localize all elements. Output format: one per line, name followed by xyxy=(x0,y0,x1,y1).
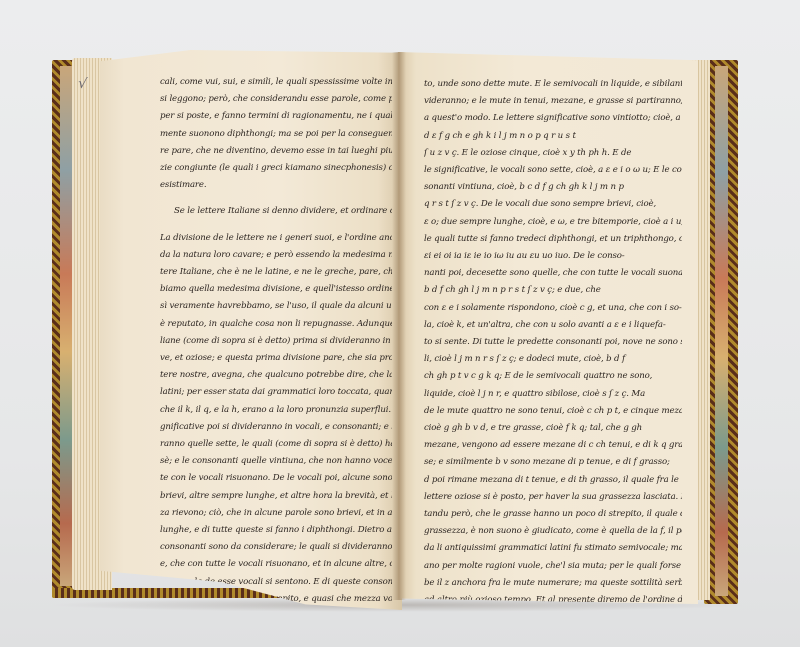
text-line: ſ u z v ç. E le oziose cinque, cioè x y … xyxy=(424,145,682,162)
text-line: gnificative poi si divideranno in vocali… xyxy=(160,419,392,436)
left-page-text: cali, come vui, sui, e simili, le quali … xyxy=(160,74,392,643)
text-line: zie congiunte (le quali i greci kiamano … xyxy=(160,160,392,177)
text-line: se; e similmente b v sono mezane di p te… xyxy=(424,454,682,471)
text-line: tere nostre, avegna, che qualcuno potreb… xyxy=(160,367,392,384)
text-line: sì veramente havrebbamo, se l'uso, il qu… xyxy=(160,298,392,315)
text-line: d poi rimane mezana di t tenue, e di th … xyxy=(424,472,682,489)
text-line: d ɛ f g ch e gh k i l j m n o p q r u s … xyxy=(424,128,682,145)
text-line: consonanti sono da considerare; le quali… xyxy=(160,539,392,556)
text-line: te con le vocali risuonano. De le vocali… xyxy=(160,470,392,487)
text-line: si leggono; però, che considerandu esse … xyxy=(160,91,392,108)
text-line: e, che con tutte le vocali risuonano, et… xyxy=(160,556,392,573)
text-line: sè; e le consonanti quelle vintiuna, che… xyxy=(160,453,392,470)
text-line: ano per molte ragioni vuole, che'l sia m… xyxy=(424,558,682,575)
text-line: cali, come vui, sui, e simili, le quali … xyxy=(160,74,392,91)
text-line: mente suonono diphthongi; ma se poi per … xyxy=(160,126,392,143)
text-line: tandu però, che le grasse hanno un poco … xyxy=(424,506,682,523)
text-line: be il z anchora fra le mute numerare; ma… xyxy=(424,575,682,592)
text-line: lettere oziose si è posto, per haver la … xyxy=(424,489,682,506)
right-marbled-endpaper xyxy=(715,66,728,596)
text-line: b d f ch gh l j m n p r s t ſ z v ç; e d… xyxy=(424,282,682,299)
text-line: tere Italiane, che è ne le latine, e ne … xyxy=(160,264,392,281)
text-line: che il k, il q, e la h, erano a la loro … xyxy=(160,402,392,419)
left-page: cali, come vui, sui, e simili, le quali … xyxy=(100,50,402,610)
text-line: sonanti vintiuna, cioè, b c d f g ch gh … xyxy=(424,179,682,196)
text-line: le quali tutte si fanno tredeci diphthon… xyxy=(424,231,682,248)
catchword: to, unde xyxy=(160,625,392,642)
text-line: za rievono; ciò, che in alcune parole so… xyxy=(160,505,392,522)
text-line: brievi, altre sempre lunghe, et altre ho… xyxy=(160,488,392,505)
text-line: re pare, che ne diventino, devemo esse i… xyxy=(160,143,392,160)
text-line: è reputato, in qualche cosa non li repug… xyxy=(160,316,392,333)
text-line: de le mute quattro ne sono tenui, cioè c… xyxy=(424,403,682,420)
text-line: latini; per esser stata dai grammatici l… xyxy=(160,384,392,401)
text-line: ranno quelle sette, le quali (come di so… xyxy=(160,436,392,453)
right-page-text: to, unde sono dette mute. E le semivocal… xyxy=(424,76,682,647)
text-line: da la natura loro cavare; e però essendo… xyxy=(160,247,392,264)
text-line: lunghe, e di tutte queste si fanno i dip… xyxy=(160,522,392,539)
text-line: to, unde sono dette mute. E le semivocal… xyxy=(424,76,682,93)
text-line: con ɛ e i solamente rispondono, cioè c g… xyxy=(424,300,682,317)
text-line: da li antiquissimi grammatici latini fu … xyxy=(424,540,682,557)
signature-mark: cc ii xyxy=(424,631,682,647)
text-line: ve, et oziose; e questa prima divisione … xyxy=(160,350,392,367)
text-line: nanti poi, decesette sono quelle, che co… xyxy=(424,265,682,282)
text-line: biamo quella medesima divisione, e quell… xyxy=(160,281,392,298)
section-heading: Se le lettere Italiane si denno dividere… xyxy=(160,203,392,220)
book-gutter xyxy=(392,52,406,600)
text-line: liane (come di sopra si è detto) prima s… xyxy=(160,333,392,350)
text-line: ch gh p t v c g k q; E de le semivocali … xyxy=(424,368,682,385)
text-line: a quest'o modo. Le lettere significative… xyxy=(424,110,682,127)
text-line: la, cioè k, et un'altra, che con u solo … xyxy=(424,317,682,334)
text-line: liquide, cioè l j n r, e quattro sibilos… xyxy=(424,386,682,403)
right-page: to, unde sono dette mute. E le semivocal… xyxy=(398,52,698,604)
text-line: q r s t ſ z v ç. De le vocali due sono s… xyxy=(424,196,682,213)
text-line: li, cioè l j m n r s ſ z ç; e dodeci mut… xyxy=(424,351,682,368)
text-line: ɛi ei oi ia iɛ ie io iω iu au ɛu uo iuo.… xyxy=(424,248,682,265)
text-line: grassezza, è non suono è giudicato, come… xyxy=(424,523,682,540)
text-line: ɛ o; due sempre lunghe, cioè, e ω, e tre… xyxy=(424,214,682,231)
text-line: le significative, le vocali sono sette, … xyxy=(424,162,682,179)
text-line: videranno; e le mute in tenui, mezane, e… xyxy=(424,93,682,110)
text-line: La divisione de le lettere ne i generi s… xyxy=(160,230,392,247)
text-line: mezane, vengono ad essere mezane di c ch… xyxy=(424,437,682,454)
text-line: cioè g gh b v d, e tre grasse, cioè f k … xyxy=(424,420,682,437)
text-line: esistimare. xyxy=(160,177,392,194)
text-line: to si sente. Di tutte le predette conson… xyxy=(424,334,682,351)
text-line: per si poste, e fanno termini di ragiona… xyxy=(160,108,392,125)
